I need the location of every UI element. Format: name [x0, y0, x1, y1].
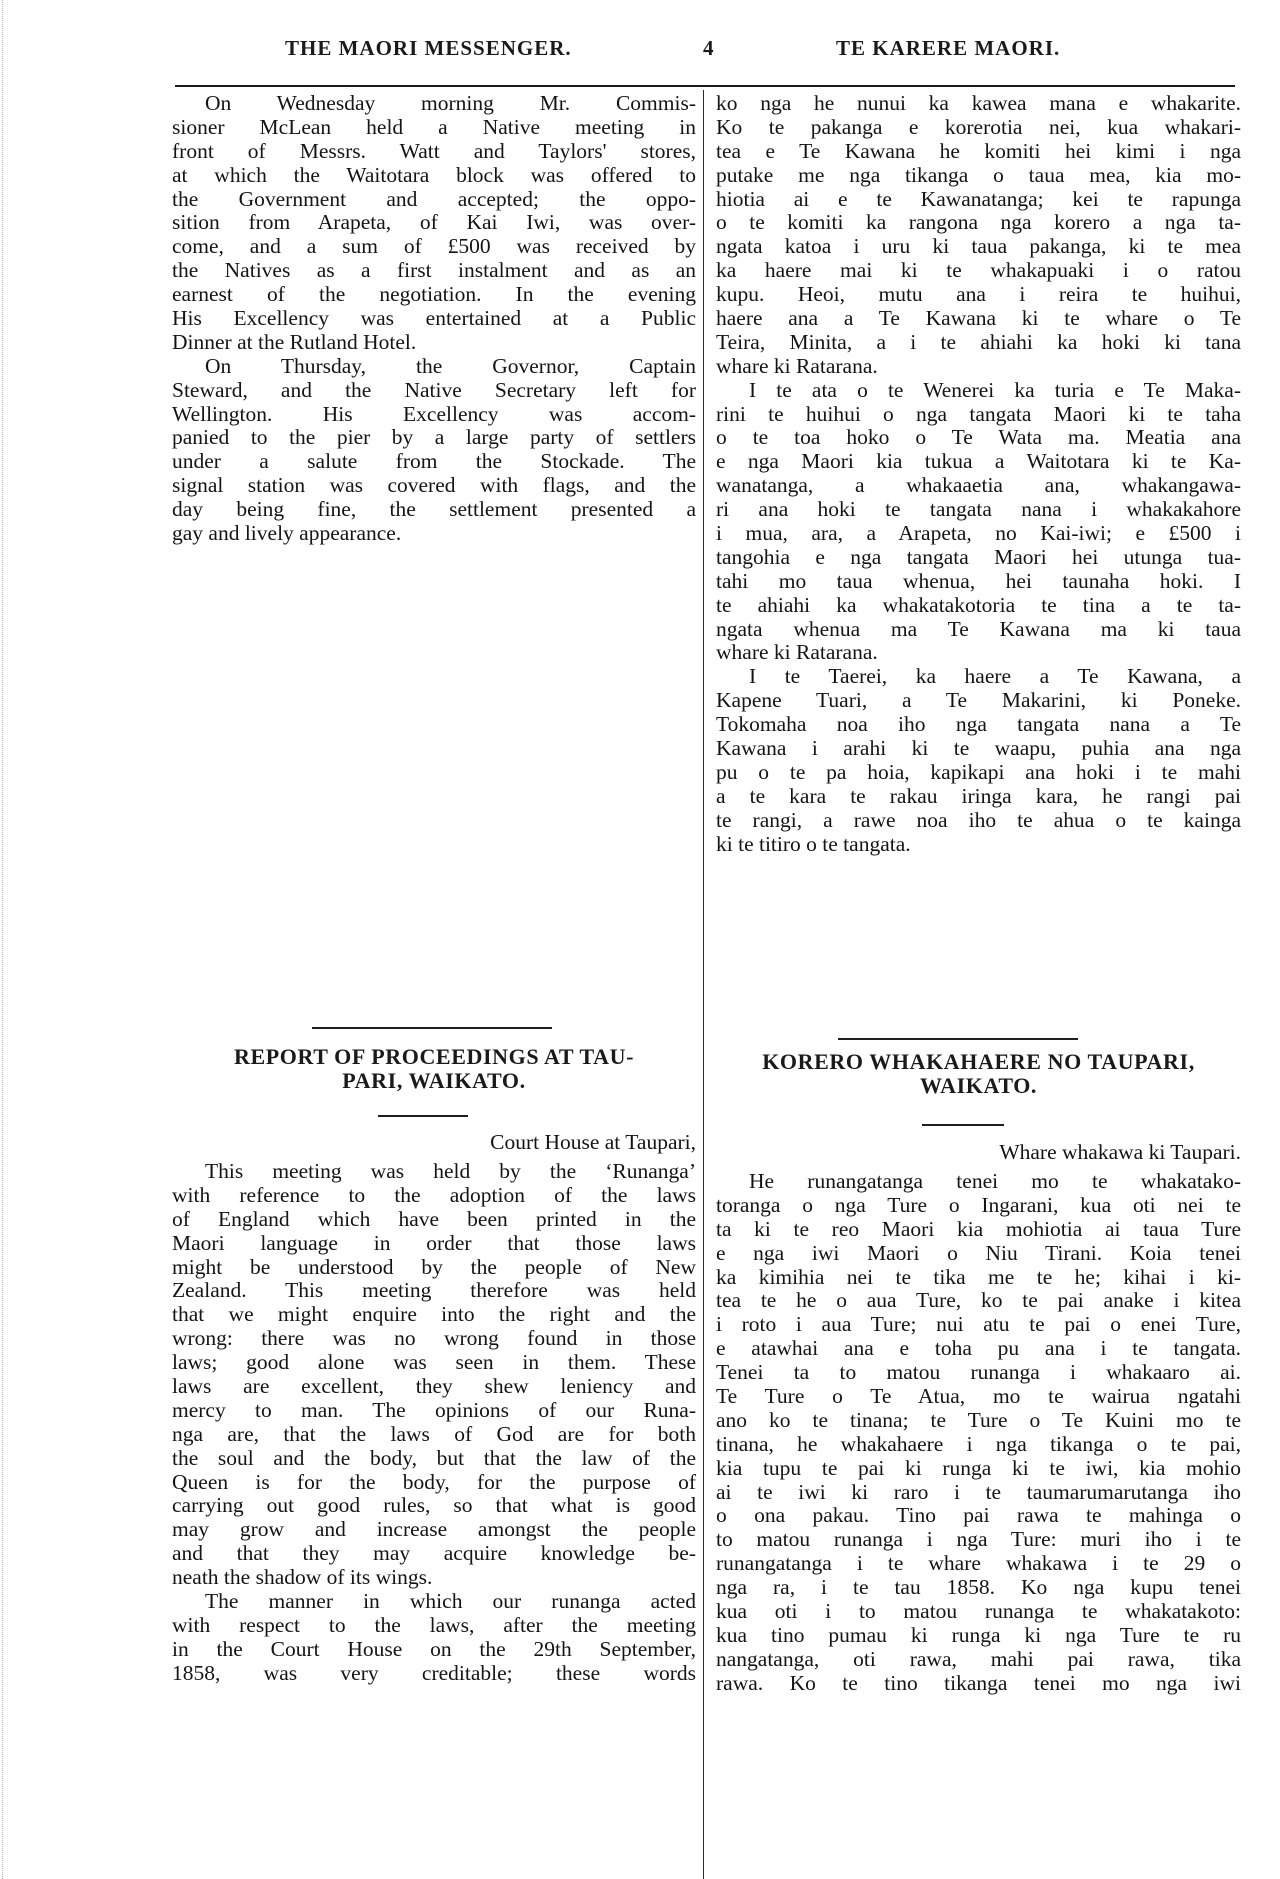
text-line: with respect to the laws, after the meet…: [172, 1614, 696, 1638]
page-number: 4: [703, 36, 715, 61]
text-line: kua tino pumau ki runga ki nga Ture te r…: [716, 1624, 1241, 1648]
text-line: He runangatanga tenei mo te whakatako-: [716, 1170, 1241, 1194]
text-line: Queen is for the body, for the purpose o…: [172, 1471, 696, 1495]
text-line: a te kara te rakau iringa kara, he rangi…: [716, 785, 1241, 809]
text-line: ko nga he nunui ka kawea mana e whakarit…: [716, 92, 1241, 116]
text-line: 1858, was very creditable; these words: [172, 1662, 696, 1686]
text-line: wrong: there was no wrong found in those: [172, 1327, 696, 1351]
text-line: tea te he o aua Ture, ko te pai anake i …: [716, 1289, 1241, 1313]
text-line: The manner in which our runanga acted: [172, 1590, 696, 1614]
text-line: kupu. Heoi, mutu ana i reira te huihui,: [716, 283, 1241, 307]
text-line: tea e Te Kawana he komiti hei kimi i nga: [716, 140, 1241, 164]
text-line: hiotia ai e te Kawanatanga; kei te rapun…: [716, 188, 1241, 212]
text-line: Ko te pakanga e korerotia nei, kua whaka…: [716, 116, 1241, 140]
text-line: ngata whenua ma Te Kawana ma ki taua: [716, 618, 1241, 642]
paragraph: This meeting was held by the ‘Runanga’ w…: [172, 1160, 696, 1590]
section-separator-rule: [838, 1038, 1078, 1040]
text-line: day being fine, the settlement presented…: [172, 498, 696, 522]
text-line: of England which have been printed in th…: [172, 1208, 696, 1232]
text-line: under a salute from the Stockade. The: [172, 450, 696, 474]
dateline-english: Court House at Taupari,: [172, 1130, 696, 1155]
text-line: laws are excellent, they shew leniency a…: [172, 1375, 696, 1399]
paragraph: I te Taerei, ka haere a Te Kawana, a Kap…: [716, 665, 1241, 856]
text-line: nga are, that the laws of God are for bo…: [172, 1423, 696, 1447]
dateline-maori: Whare whakawa ki Taupari.: [716, 1140, 1241, 1165]
text-line: panied to the pier by a large party of s…: [172, 426, 696, 450]
text-line: Wellington. His Excellency was accom-: [172, 403, 696, 427]
text-line: e nga iwi Maori o Niu Tirani. Koia tenei: [716, 1242, 1241, 1266]
text-line: front of Messrs. Watt and Taylors' store…: [172, 140, 696, 164]
text-line: putake me nga tikanga o taua mea, kia mo…: [716, 164, 1241, 188]
text-line: o te komiti ka rangona nga korero a nga …: [716, 211, 1241, 235]
text-line: the Natives as a first instalment and as…: [172, 259, 696, 283]
left-column-article-1: On Wednesday morning Mr. Commis- sioner …: [172, 92, 696, 546]
text-line: whare ki Ratarana.: [716, 641, 1241, 665]
heading-line: REPORT OF PROCEEDINGS AT TAU-: [172, 1045, 696, 1069]
paragraph: The manner in which our runanga acted wi…: [172, 1590, 696, 1686]
text-line: i mua, ara, a Arapeta, no Kai-iwi; e £50…: [716, 522, 1241, 546]
text-line: On Thursday, the Governor, Captain: [172, 355, 696, 379]
text-line: earnest of the negotiation. In the eveni…: [172, 283, 696, 307]
text-line: Teira, Minita, a i te ahiahi ka hoki ki …: [716, 331, 1241, 355]
text-line: may grow and increase amongst the people: [172, 1518, 696, 1542]
text-line: Steward, and the Native Secretary left f…: [172, 379, 696, 403]
text-line: whare ki Ratarana.: [716, 355, 1241, 379]
text-line: nga ra, i te tau 1858. Ko nga kupu tenei: [716, 1576, 1241, 1600]
left-column-article-2: This meeting was held by the ‘Runanga’ w…: [172, 1160, 696, 1686]
text-line: come, and a sum of £500 was received by: [172, 235, 696, 259]
text-line: Kapene Tuari, a Te Makarini, ki Poneke.: [716, 689, 1241, 713]
text-line: sition from Arapeta, of Kai Iwi, was ove…: [172, 211, 696, 235]
running-head-english-title: THE MAORI MESSENGER.: [285, 36, 572, 61]
text-line: te ahiahi ka whakatakotoria te tina a te…: [716, 594, 1241, 618]
text-line: neath the shadow of its wings.: [172, 1566, 696, 1590]
text-line: Zealand. This meeting therefore was held: [172, 1279, 696, 1303]
text-line: ano ko te tinana; te Ture o Te Kuini mo …: [716, 1409, 1241, 1433]
text-line: and that they may acquire knowledge be-: [172, 1542, 696, 1566]
text-line: tangohia e nga tangata Maori hei utunga …: [716, 546, 1241, 570]
header-rule: [175, 85, 1235, 87]
text-line: tinana, he whakahaere i nga tikanga o te…: [716, 1433, 1241, 1457]
running-head: THE MAORI MESSENGER. 4 TE KARERE MAORI.: [150, 36, 1240, 66]
paragraph: On Thursday, the Governor, Captain Stewa…: [172, 355, 696, 546]
text-line: Tenei ta to matou runanga i whakaaro ai.: [716, 1361, 1241, 1385]
text-line: I te ata o te Wenerei ka turia e Te Maka…: [716, 379, 1241, 403]
text-line: the Government and accepted; the oppo-: [172, 188, 696, 212]
text-line: mercy to man. The opinions of our Runa-: [172, 1399, 696, 1423]
text-line: carrying out good rules, so that what is…: [172, 1494, 696, 1518]
text-line: sioner McLean held a Native meeting in: [172, 116, 696, 140]
text-line: kua oti i to matou runanga te whakatakot…: [716, 1600, 1241, 1624]
heading-line: WAIKATO.: [716, 1074, 1241, 1098]
article-heading-english: REPORT OF PROCEEDINGS AT TAU- PARI, WAIK…: [172, 1045, 696, 1093]
text-line: gay and lively appearance.: [172, 522, 696, 546]
section-separator-rule: [312, 1027, 552, 1029]
text-line: that we might enquire into the right and…: [172, 1303, 696, 1327]
paragraph: He runangatanga tenei mo te whakatako- t…: [716, 1170, 1241, 1696]
text-line: i roto i aua Ture; nui atu te pai o enei…: [716, 1313, 1241, 1337]
text-line: ngata katoa i uru ki taua pakanga, ki te…: [716, 235, 1241, 259]
text-line: runangatanga i te whare whakawa i te 29 …: [716, 1552, 1241, 1576]
text-line: to matou runanga i nga Ture: muri iho i …: [716, 1528, 1241, 1552]
text-line: kia tupu te pai ki runga ki te iwi, kia …: [716, 1457, 1241, 1481]
text-line: pu o te pa hoia, kapikapi ana hoki i te …: [716, 761, 1241, 785]
text-line: e atawhai ana e toha pu ana i te tangata…: [716, 1337, 1241, 1361]
text-line: might be understood by the people of New: [172, 1256, 696, 1280]
text-line: o ona pakau. Tino pai rawa te mahinga o: [716, 1504, 1241, 1528]
text-line: This meeting was held by the ‘Runanga’: [172, 1160, 696, 1184]
text-line: e nga Maori kia tukua a Waitotara ki te …: [716, 450, 1241, 474]
text-line: toranga o nga Ture o Ingarani, kua oti n…: [716, 1194, 1241, 1218]
text-line: at which the Waitotara block was offered…: [172, 164, 696, 188]
text-line: Kawana i arahi ki te waapu, puhia ana ng…: [716, 737, 1241, 761]
text-line: On Wednesday morning Mr. Commis-: [172, 92, 696, 116]
text-line: the soul and the body, but that the law …: [172, 1447, 696, 1471]
text-line: ka kimihia nei te tika me te he; kihai i…: [716, 1266, 1241, 1290]
column-divider: [703, 90, 704, 1879]
right-column-article-2: He runangatanga tenei mo te whakatako- t…: [716, 1170, 1241, 1696]
paragraph: ko nga he nunui ka kawea mana e whakarit…: [716, 92, 1241, 379]
running-head-maori-title: TE KARERE MAORI.: [836, 36, 1060, 61]
heading-line: PARI, WAIKATO.: [172, 1069, 696, 1093]
text-line: Tokomaha noa iho nga tangata nana a Te: [716, 713, 1241, 737]
text-line: te rangi, a rawe noa iho te ahua o te ka…: [716, 809, 1241, 833]
text-line: ka haere mai ki te whakapuaki i o ratou: [716, 259, 1241, 283]
text-line: ta ki te reo Maori kia mohiotia ai taua …: [716, 1218, 1241, 1242]
right-column-article-1: ko nga he nunui ka kawea mana e whakarit…: [716, 92, 1241, 857]
text-line: ai te iwi ki raro i te taumarumarutanga …: [716, 1481, 1241, 1505]
text-line: His Excellency was entertained at a Publ…: [172, 307, 696, 331]
heading-underline-rule: [378, 1115, 468, 1117]
heading-underline-rule: [922, 1124, 1004, 1126]
text-line: with reference to the adoption of the la…: [172, 1184, 696, 1208]
paragraph: I te ata o te Wenerei ka turia e Te Maka…: [716, 379, 1241, 666]
text-line: I te Taerei, ka haere a Te Kawana, a: [716, 665, 1241, 689]
heading-line: KORERO WHAKAHAERE NO TAUPARI,: [716, 1050, 1241, 1074]
article-heading-maori: KORERO WHAKAHAERE NO TAUPARI, WAIKATO.: [716, 1050, 1241, 1098]
text-line: nangatanga, oti rawa, mahi pai rawa, tik…: [716, 1648, 1241, 1672]
text-line: wanatanga, a whakaaetia ana, whakangawa-: [716, 474, 1241, 498]
text-line: rawa. Ko te tino tikanga tenei mo nga iw…: [716, 1672, 1241, 1696]
paragraph: On Wednesday morning Mr. Commis- sioner …: [172, 92, 696, 355]
text-line: ki te titiro o te tangata.: [716, 833, 1241, 857]
text-line: tahi mo taua whenua, hei taunaha hoki. I: [716, 570, 1241, 594]
text-line: Maori language in order that those laws: [172, 1232, 696, 1256]
newspaper-page: THE MAORI MESSENGER. 4 TE KARERE MAORI. …: [0, 0, 1280, 1879]
text-line: signal station was covered with flags, a…: [172, 474, 696, 498]
text-line: haere ana a Te Kawana ki te whare o Te: [716, 307, 1241, 331]
text-line: o te toa hoko o Te Wata ma. Meatia ana: [716, 426, 1241, 450]
text-line: ri ana hoki te tangata nana i whakakahor…: [716, 498, 1241, 522]
text-line: laws; good alone was seen in them. These: [172, 1351, 696, 1375]
text-line: rini te huihui o nga tangata Maori ki te…: [716, 403, 1241, 427]
scan-margin-noise: [2, 0, 17, 1879]
text-line: Te Ture o Te Atua, mo te wairua ngatahi: [716, 1385, 1241, 1409]
text-line: Dinner at the Rutland Hotel.: [172, 331, 696, 355]
text-line: in the Court House on the 29th September…: [172, 1638, 696, 1662]
